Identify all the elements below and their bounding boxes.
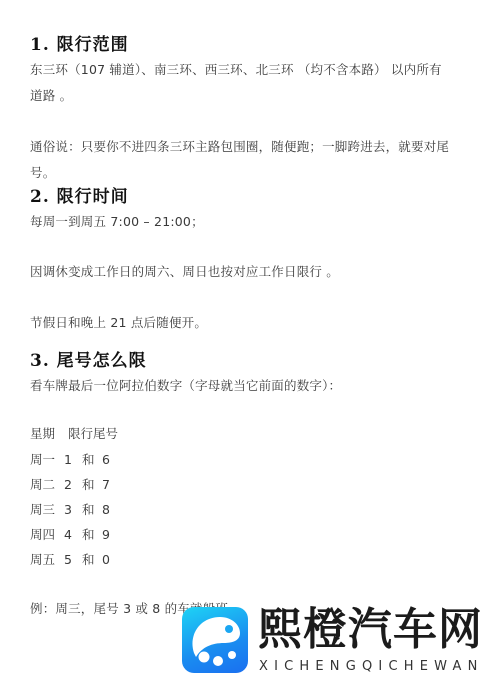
table-row: 周一1和6 — [30, 450, 110, 468]
scope-text-line2: 道路 。 — [30, 86, 72, 104]
table-row: 周四4和9 — [30, 525, 110, 543]
scope-plain-line2: 号。 — [30, 163, 55, 181]
section-heading-time: 2. 限行时间 — [30, 182, 129, 207]
watermark-pinyin: XICHENGQICHEWANG — [259, 659, 480, 674]
watermark-logo-icon — [182, 607, 248, 673]
section-heading-plate: 3. 尾号怎么限 — [30, 346, 147, 371]
time-weekday: 每周一到周五 7:00 – 21:00； — [30, 212, 204, 230]
header-tail: 限行尾号 — [68, 424, 118, 442]
plate-table-header: 星期 限行尾号 — [30, 424, 118, 442]
table-row: 周五5和0 — [30, 550, 110, 568]
table-row: 周三3和8 — [30, 500, 110, 518]
watermark: 熙橙汽车网 XICHENGQICHEWANG — [182, 605, 480, 679]
watermark-brand: 熙橙汽车网 — [258, 605, 480, 655]
scope-text-line1: 东三环（107 辅道）、南三环、西三环、北三环 （均不含本路） 以内所有 — [30, 60, 442, 78]
header-day: 星期 — [30, 424, 64, 442]
plate-rule: 看车牌最后一位阿拉伯数字（字母就当它前面的数字）： — [30, 376, 341, 394]
scope-plain-line1: 通俗说：只要你不进四条三环主路包围圈，随便跑；一脚跨进去，就要对尾 — [30, 137, 449, 155]
time-adjusted-workday: 因调休变成工作日的周六、周日也按对应工作日限行 。 — [30, 262, 339, 280]
time-holiday: 节假日和晚上 21 点后随便开。 — [30, 313, 207, 331]
section-heading-scope: 1. 限行范围 — [30, 30, 129, 55]
table-row: 周二2和7 — [30, 475, 110, 493]
